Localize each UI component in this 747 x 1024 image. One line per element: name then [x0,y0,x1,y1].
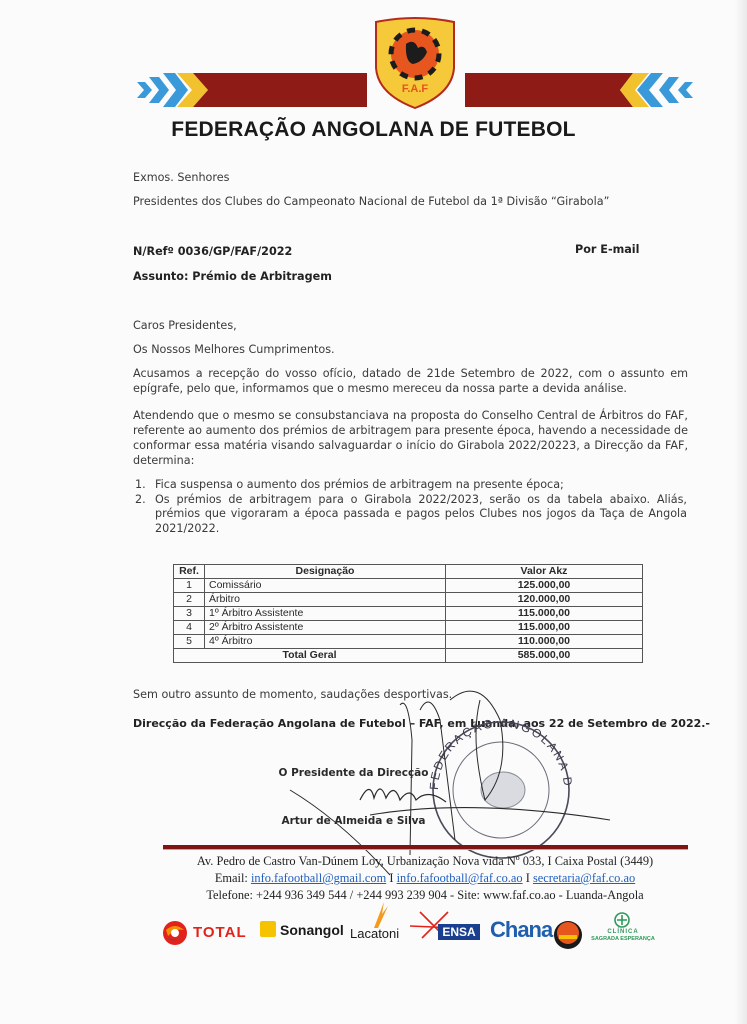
cell-designation: 1º Árbitro Assistente [205,607,446,621]
email-link-faf[interactable]: info.fafootball@faf.co.ao [397,871,523,885]
subject-line: Assunto: Prémio de Arbitragem [133,269,332,285]
cell-ref: 4 [174,621,205,635]
sponsor-chana: Chana [490,917,552,943]
reference-number: N/Refº 0036/GP/FAF/2022 [133,244,292,260]
footer-emails: Email: info.fafootball@gmail.com I info.… [150,870,700,887]
footer-address: Av. Pedro de Castro Van-Dúnem Loy, Urban… [150,853,700,870]
total-logo-icon [162,920,188,946]
cell-ref: 3 [174,607,205,621]
sponsor-clinica: CLÍNICA [597,929,649,935]
cell-designation: 4º Árbitro [205,635,446,649]
email-label: Email: [215,871,248,885]
table-row: 1 Comissário 125.000,00 [174,579,643,593]
separator: I [526,871,530,885]
list-item-number: 1. [135,478,146,493]
list-item-text: Os prémios de arbitragem para o Girabola… [155,493,687,535]
cell-designation: Árbitro [205,593,446,607]
signatory-name: Artur de Almeida e Silva [0,815,727,827]
signatory-role: O Presidente da Direcção [0,767,727,779]
svg-text:F.A.F: F.A.F [402,83,429,95]
sponsor-lacatoni: Lacatoni [350,926,399,941]
organization-title: FEDERAÇÃO ANGOLANA DE FUTEBOL [0,118,747,142]
list-item: 1.Fica suspensa o aumento dos prémios de… [135,478,687,493]
determination-list: 1.Fica suspensa o aumento dos prémios de… [135,478,687,536]
page-edge-shadow [735,0,747,1024]
column-header-designation: Designação [205,565,446,579]
separator: I [389,871,393,885]
sponsor-ensa: ENSA [438,924,480,940]
delivery-method: Por E-mail [575,242,639,258]
sponsor-clinica-sub: SAGRADA ESPERANÇA [590,936,656,942]
ango-real-logo-icon [553,916,583,950]
letter-page: F.A.F FEDERAÇÃO ANGOLANA DE FUTEBOL Exmo… [0,0,747,1024]
list-item-text: Fica suspensa o aumento dos prémios de a… [155,478,564,491]
cell-value: 120.000,00 [446,593,643,607]
sponsor-logos: TOTAL Sonangol Lacatoni ENSA Chana CLÍNI… [160,910,660,955]
compliments: Os Nossos Melhores Cumprimentos. [133,342,335,358]
salutation: Exmos. Senhores [133,170,229,186]
cell-value: 125.000,00 [446,579,643,593]
column-header-value: Valor Akz [446,565,643,579]
cell-designation: 2º Árbitro Assistente [205,621,446,635]
email-link-secretaria[interactable]: secretaria@faf.co.ao [533,871,635,885]
footer-divider [163,845,688,850]
sonangol-logo-icon [260,921,276,937]
table-row: 2 Árbitro 120.000,00 [174,593,643,607]
clinica-cross-icon [614,912,630,928]
total-label: Total Geral [174,649,446,663]
list-item-number: 2. [135,493,146,508]
table-row: 5 4º Árbitro 110.000,00 [174,635,643,649]
greeting: Caros Presidentes, [133,318,237,334]
list-item: 2.Os prémios de arbitragem para o Girabo… [135,493,687,537]
cell-value: 115.000,00 [446,621,643,635]
paragraph-decision: Atendendo que o mesmo se consubstanciava… [133,408,688,468]
handwritten-signature [280,680,620,880]
cell-ref: 2 [174,593,205,607]
sponsor-sonangol: Sonangol [280,922,344,938]
cell-designation: Comissário [205,579,446,593]
footer-phone-site: Telefone: +244 936 349 544 / +244 993 23… [150,887,700,904]
addressee: Presidentes dos Clubes do Campeonato Nac… [133,194,609,210]
referee-prize-table: Ref. Designação Valor Akz 1 Comissário 1… [173,564,643,663]
sponsor-total: TOTAL [193,924,247,941]
table-row: 3 1º Árbitro Assistente 115.000,00 [174,607,643,621]
faf-logo-shield: F.A.F [372,16,458,110]
paragraph-acknowledgement: Acusamos a recepção do vosso ofício, dat… [133,366,688,396]
table-row: 4 2º Árbitro Assistente 115.000,00 [174,621,643,635]
total-value: 585.000,00 [446,649,643,663]
table-header-row: Ref. Designação Valor Akz [174,565,643,579]
cell-ref: 1 [174,579,205,593]
lacatoni-flame-icon [370,900,390,928]
cell-value: 110.000,00 [446,635,643,649]
table-total-row: Total Geral 585.000,00 [174,649,643,663]
cell-ref: 5 [174,635,205,649]
cell-value: 115.000,00 [446,607,643,621]
email-link-gmail[interactable]: info.fafootball@gmail.com [251,871,386,885]
column-header-ref: Ref. [174,565,205,579]
